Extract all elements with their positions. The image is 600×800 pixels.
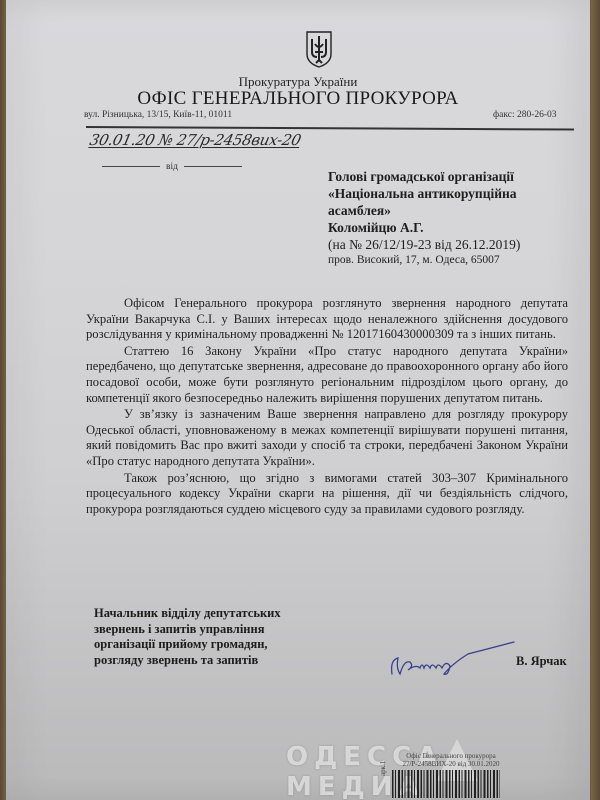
addressee-reference: (на № 26/12/19-23 від 26.12.2019): [328, 236, 588, 253]
office-title: ОФІС ГЕНЕРАЛЬНОГО ПРОКУРОРА: [6, 88, 590, 110]
barcode: [392, 770, 500, 798]
blank-line: [184, 166, 242, 167]
from-label: від: [166, 162, 178, 172]
trident-emblem-icon: [305, 30, 333, 68]
addressee-block: Голові громадської організації «Націонал…: [328, 168, 588, 268]
body-paragraph: У зв’язку із зазначеним Ваше звернення н…: [86, 407, 568, 469]
office-address: вул. Різницька, 13/15, Київ-11, 01011: [84, 110, 232, 120]
addressee-address: пров. Високий, 17, м. Одеса, 65007: [328, 253, 588, 268]
signatory-title: Начальник відділу депутатських звернень …: [94, 606, 314, 668]
addressee-name: Коломійцю А.Г.: [328, 219, 588, 236]
stamp-line: Офіс Генерального прокурора: [396, 752, 506, 760]
table-surface-right: [591, 0, 600, 800]
sheet-label: арк.1: [379, 761, 387, 776]
office-fax: факс: 280-26-03: [493, 110, 557, 120]
body-paragraph: Статтею 16 Закону України «Про статус на…: [86, 344, 568, 406]
stamp-line: 27/Р-2458ВИХ-20 від 30.01.2020: [396, 760, 506, 768]
addressee-line: Голові громадської організації: [328, 168, 588, 185]
registration-stamp: Офіс Генерального прокурора 27/Р-2458ВИХ…: [396, 752, 506, 768]
from-date-line: від: [96, 162, 248, 172]
blank-line: [102, 166, 160, 167]
signatory-name: В. Ярчак: [516, 654, 567, 669]
letter-page: Прокуратура України ОФІС ГЕНЕРАЛЬНОГО ПР…: [6, 0, 590, 800]
letter-body: Офісом Генерального прокурора розглянуто…: [86, 296, 568, 517]
body-paragraph: Офісом Генерального прокурора розглянуто…: [86, 296, 568, 343]
addressee-line: асамблея»: [328, 202, 588, 219]
signatory-title-line: Начальник відділу депутатських: [94, 606, 314, 622]
body-paragraph: Також роз’яснюю, що згідно з вимогами ст…: [86, 471, 568, 518]
signatory-title-line: організації прийому громадян,: [94, 637, 314, 653]
handwritten-signature-icon: [388, 640, 518, 680]
signatory-title-line: звернень і запитів управління: [94, 622, 314, 638]
handwritten-outgoing-number: 30.01.20 № 27/р-2458вих-20: [88, 131, 303, 149]
signatory-title-line: розгляду звернень та запитів: [94, 653, 314, 669]
letterhead-divider: [86, 126, 574, 130]
addressee-line: «Національна антикорупційна: [328, 185, 588, 202]
